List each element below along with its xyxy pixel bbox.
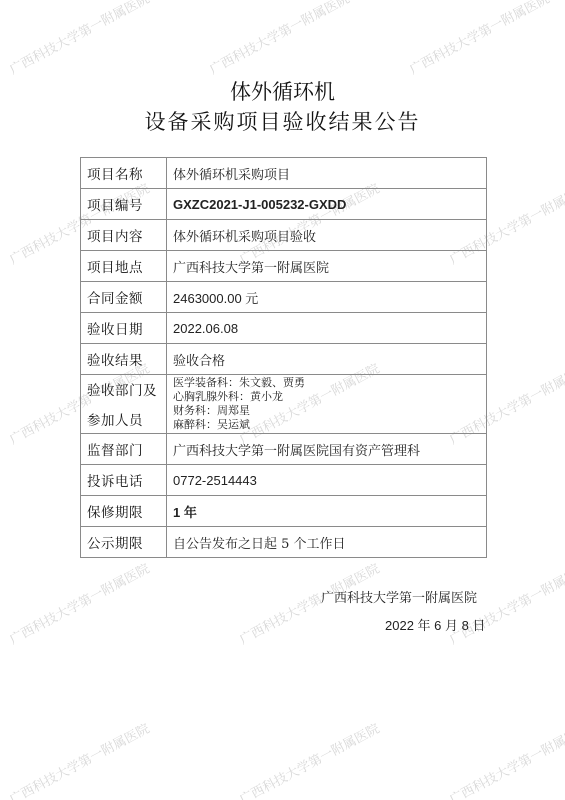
- signature-date: 2022 年 6 月 8 日: [385, 615, 485, 634]
- participant-line: 医学装备科：朱文毅、贾勇: [173, 376, 480, 390]
- table-row: 公示期限 自公告发布之日起 5 个工作日: [81, 527, 487, 558]
- row-label: 验收日期: [81, 313, 167, 344]
- table-row: 保修期限 1 年: [81, 496, 487, 527]
- acceptance-result-value: 验收合格: [167, 344, 487, 375]
- info-table: 项目名称 体外循环机采购项目 项目编号 GXZC2021-J1-005232-G…: [80, 157, 487, 558]
- table-row: 监督部门 广西科技大学第一附属医院国有资产管理科: [81, 434, 487, 465]
- watermark: 广西科技大学第一附属医院: [236, 718, 383, 800]
- table-row: 项目地点 广西科技大学第一附属医院: [81, 251, 487, 282]
- row-label-line1: 验收部门及: [87, 379, 160, 399]
- row-label: 项目地点: [81, 251, 167, 282]
- page-title: 体外循环机: [0, 76, 565, 106]
- project-name-value: 体外循环机采购项目: [167, 158, 487, 189]
- row-label: 公示期限: [81, 527, 167, 558]
- row-label: 验收部门及 参加人员: [81, 375, 167, 434]
- row-label: 验收结果: [81, 344, 167, 375]
- watermark: 广西科技大学第一附属医院: [406, 0, 553, 78]
- warranty-value: 1 年: [167, 496, 487, 527]
- table-row: 投诉电话 0772-2514443: [81, 465, 487, 496]
- project-number-value: GXZC2021-J1-005232-GXDD: [167, 189, 487, 220]
- row-label: 保修期限: [81, 496, 167, 527]
- watermark: 广西科技大学第一附属医院: [6, 0, 153, 78]
- row-label: 项目名称: [81, 158, 167, 189]
- supervision-dept-value: 广西科技大学第一附属医院国有资产管理科: [167, 434, 487, 465]
- row-label: 监督部门: [81, 434, 167, 465]
- row-label: 合同金额: [81, 282, 167, 313]
- participant-line: 心胸乳腺外科：黄小龙: [173, 390, 480, 404]
- table-row: 验收部门及 参加人员 医学装备科：朱文毅、贾勇 心胸乳腺外科：黄小龙 财务科：周…: [81, 375, 487, 434]
- watermark: 广西科技大学第一附属医院: [206, 0, 353, 78]
- watermark: 广西科技大学第一附属医院: [446, 718, 565, 800]
- project-location-value: 广西科技大学第一附属医院: [167, 251, 487, 282]
- table-row: 项目名称 体外循环机采购项目: [81, 158, 487, 189]
- watermark: 广西科技大学第一附属医院: [6, 718, 153, 800]
- table-row: 项目编号 GXZC2021-J1-005232-GXDD: [81, 189, 487, 220]
- row-label: 项目内容: [81, 220, 167, 251]
- table-row: 合同金额 2463000.00 元: [81, 282, 487, 313]
- complaint-phone-value: 0772-2514443: [167, 465, 487, 496]
- row-label: 项目编号: [81, 189, 167, 220]
- publicity-period-value: 自公告发布之日起 5 个工作日: [167, 527, 487, 558]
- contract-amount-value: 2463000.00 元: [167, 282, 487, 313]
- acceptance-date-value: 2022.06.08: [167, 313, 487, 344]
- participants-list: 医学装备科：朱文毅、贾勇 心胸乳腺外科：黄小龙 财务科：周郑星 麻醉科：吴运斌: [167, 375, 487, 434]
- table-row: 项目内容 体外循环机采购项目验收: [81, 220, 487, 251]
- watermark: 广西科技大学第一附属医院: [6, 558, 153, 648]
- row-label: 投诉电话: [81, 465, 167, 496]
- row-label-line2: 参加人员: [87, 409, 160, 429]
- participant-line: 麻醉科：吴运斌: [173, 418, 480, 432]
- table-row: 验收日期 2022.06.08: [81, 313, 487, 344]
- page-subtitle: 设备采购项目验收结果公告: [0, 106, 565, 136]
- project-content-value: 体外循环机采购项目验收: [167, 220, 487, 251]
- table-row: 验收结果 验收合格: [81, 344, 487, 375]
- participant-line: 财务科：周郑星: [173, 404, 480, 418]
- signature-organization: 广西科技大学第一附属医院: [321, 587, 477, 606]
